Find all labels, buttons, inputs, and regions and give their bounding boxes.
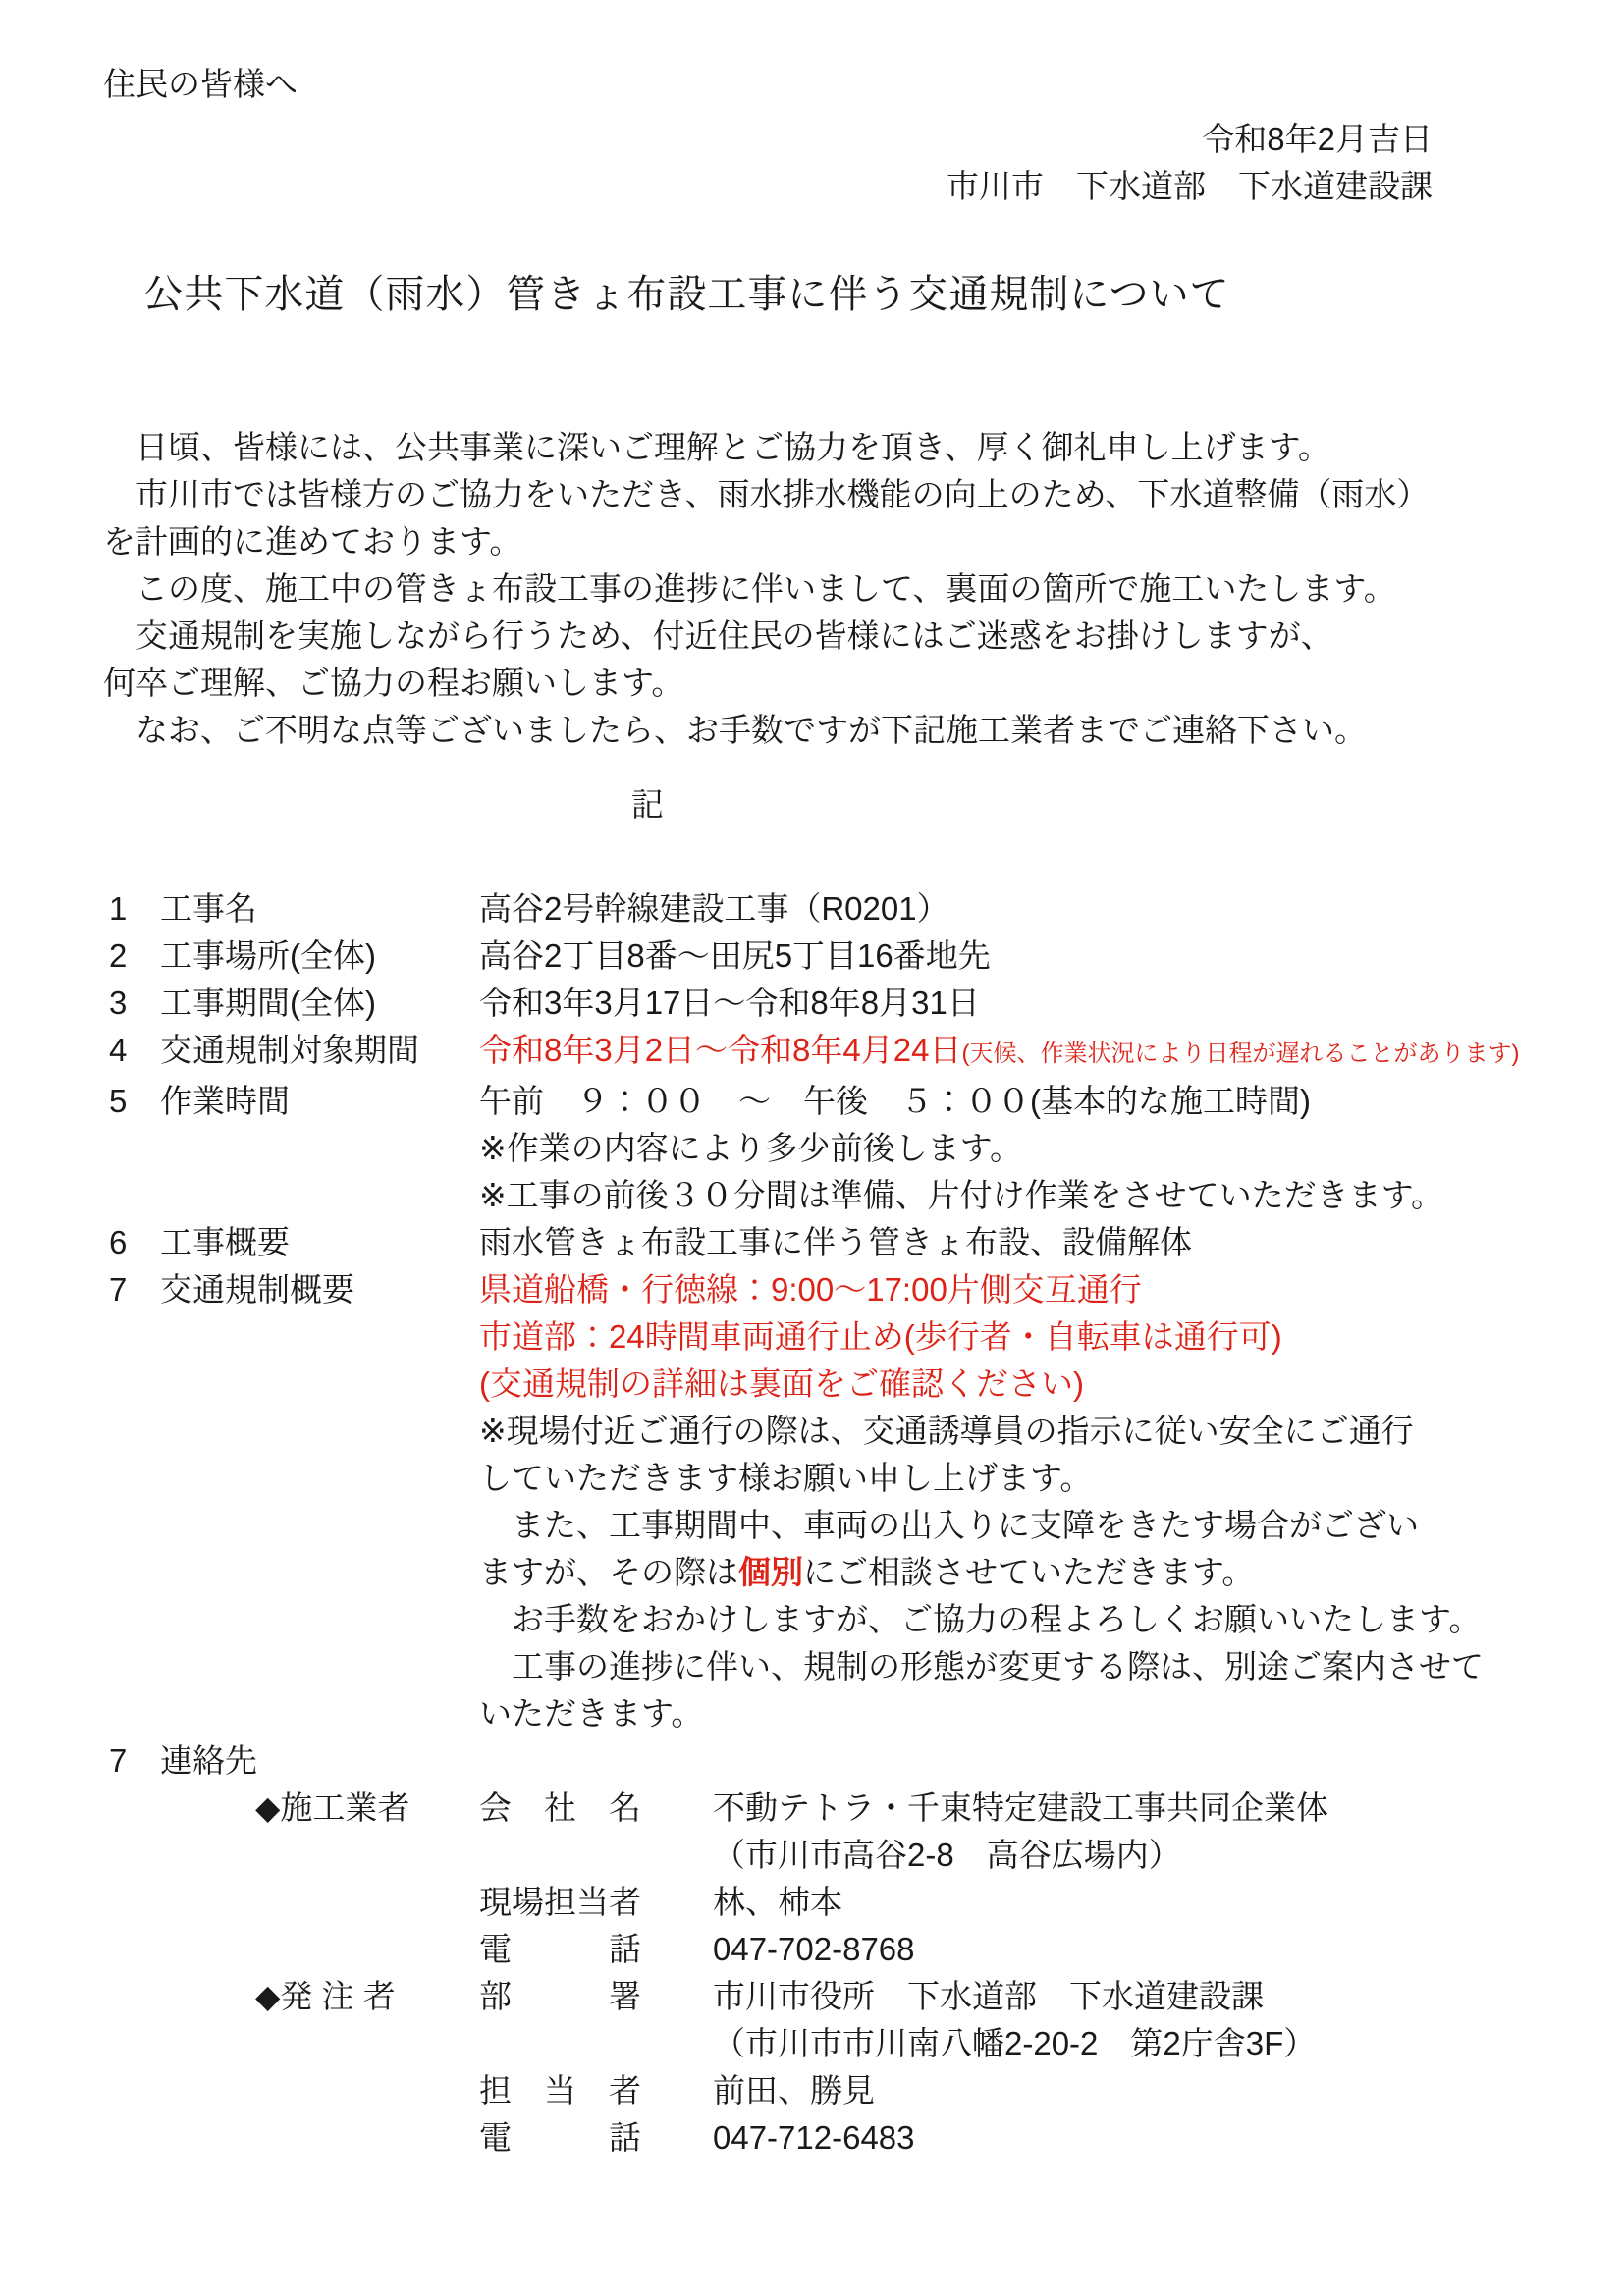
contact-field-label: 会 社 名 [479, 1785, 713, 1832]
contact-field-label: 電 話 [479, 1926, 713, 1973]
intro-line: この度、施工中の管きょ布設工事の進捗に伴いまして、裏面の箇所で施工いたします。 [103, 565, 1585, 613]
contact-row-company-address: （市川市高谷2-8 高谷広場内） [103, 1832, 1585, 1879]
intro-line: 何卒ご理解、ご協力の程お願いします。 [103, 660, 1585, 707]
contact-value: 市川市役所 下水道部 下水道建設課 [713, 1973, 1585, 2020]
contact-field-label: 現場担当者 [479, 1879, 713, 1926]
regulation-note-line: ※現場付近ご通行の際は、交通誘導員の指示に従い安全にご通行 [103, 1408, 1585, 1455]
item-number: 4 [103, 1027, 160, 1078]
contact-field-label [479, 1832, 713, 1879]
contact-value: 林、柿本 [713, 1879, 1585, 1926]
record-mark: 記 [103, 781, 1585, 828]
contact-role [255, 1879, 479, 1926]
intro-line: なお、ご不明な点等ございましたら、お手数ですが下記施工業者までご連絡下さい。 [103, 707, 1585, 754]
contact-role [255, 2114, 479, 2162]
list-item-contact: 7 連絡先 [103, 1737, 1585, 1785]
intro-line: 市川市では皆様方のご協力をいただき、雨水排水機能の向上のため、下水道整備（雨水） [103, 471, 1585, 518]
list-item-work-hours: 5 作業時間 午前 ９：００ ～ 午後 ５：００(基本的な施工時間) [103, 1078, 1585, 1125]
item-value: 雨水管きょ布設工事に伴う管きょ布設、設備解体 [479, 1219, 1585, 1266]
contact-row-orderer-phone: 電 話 047-712-6483 [103, 2114, 1585, 2162]
item-label: 交通規制対象期間 [160, 1027, 479, 1078]
regulation-note-line: また、工事期間中、車両の出入りに支障をきたす場合がござい [103, 1502, 1585, 1549]
item-label: 工事期間(全体) [160, 980, 479, 1027]
list-item-regulation-period: 4 交通規制対象期間 令和8年3月2日～令和8年4月24日(天候、作業状況により… [103, 1027, 1585, 1078]
contact-role [255, 2020, 479, 2067]
item-value: 令和3年3月17日～令和8年8月31日 [479, 980, 1585, 1027]
contact-role [255, 1832, 479, 1879]
regulation-red-line: 県道船橋・行徳線：9:00～17:00片側交互通行 [479, 1266, 1585, 1313]
contact-row-orderer-staff: 担 当 者 前田、勝見 [103, 2067, 1585, 2114]
list-item-construction-name: 1 工事名 高谷2号幹線建設工事（R0201） [103, 885, 1585, 933]
item-value: 高谷2号幹線建設工事（R0201） [479, 885, 1585, 933]
regulation-consult-line: ますが、その際は個別にご相談させていただきます。 [103, 1549, 1585, 1596]
item-label: 交通規制概要 [160, 1266, 479, 1313]
contact-role [255, 1926, 479, 1973]
list-item-regulation-outline: 7 交通規制概要 県道船橋・行徳線：9:00～17:00片側交互通行 [103, 1266, 1585, 1313]
contact-field-label: 担 当 者 [479, 2067, 713, 2114]
contact-row-orderer-address: （市川市市川南八幡2-20-2 第2庁舎3F） [103, 2020, 1585, 2067]
document-page: 住民の皆様へ 令和8年2月吉日 市川市 下水道部 下水道建設課 公共下水道（雨水… [0, 0, 1624, 2296]
contact-role: ◆発 注 者 [255, 1973, 479, 2020]
item-number: 7 [103, 1266, 160, 1313]
items-list: 1 工事名 高谷2号幹線建設工事（R0201） 2 工事場所(全体) 高谷2丁目… [103, 885, 1585, 2162]
regulation-red-line: (交通規制の詳細は裏面をご確認ください) [103, 1361, 1585, 1408]
consult-suffix: にご相談させていただきます。 [803, 1554, 1254, 1590]
item-label: 工事概要 [160, 1219, 479, 1266]
item-label: 工事場所(全体) [160, 933, 479, 980]
list-item-construction-site: 2 工事場所(全体) 高谷2丁目8番～田尻5丁目16番地先 [103, 933, 1585, 980]
contact-value: 047-702-8768 [713, 1926, 1585, 1973]
contact-row-contractor-phone: 電 話 047-702-8768 [103, 1926, 1585, 1973]
item-value: 令和8年3月2日～令和8年4月24日(天候、作業状況により日程が遅れることがあり… [479, 1027, 1585, 1078]
contact-field-label [479, 2020, 713, 2067]
regulation-period-note: (天候、作業状況により日程が遅れることがあります) [961, 1041, 1519, 1067]
item-value: 午前 ９：００ ～ 午後 ５：００(基本的な施工時間) [479, 1078, 1585, 1125]
contact-role [255, 2067, 479, 2114]
contact-field-label: 電 話 [479, 2114, 713, 2162]
regulation-note-line: していただきます様お願い申し上げます。 [103, 1455, 1585, 1502]
regulation-red-line: 市道部：24時間車両通行止め(歩行者・自転車は通行可) [103, 1313, 1585, 1361]
item-value: 高谷2丁目8番～田尻5丁目16番地先 [479, 933, 1585, 980]
contact-value: （市川市市川南八幡2-20-2 第2庁舎3F） [713, 2020, 1585, 2067]
regulation-note-line: 工事の進捗に伴い、規制の形態が変更する際は、別途ご案内させて [103, 1643, 1585, 1690]
item-number: 3 [103, 980, 160, 1027]
regulation-note-line: いただきます。 [103, 1690, 1585, 1737]
intro-line: 交通規制を実施しながら行うため、付近住民の皆様にはご迷惑をお掛けしますが、 [103, 613, 1585, 660]
issuing-department: 市川市 下水道部 下水道建設課 [103, 163, 1585, 210]
item-number: 6 [103, 1219, 160, 1266]
item-number: 1 [103, 885, 160, 933]
item-number: 5 [103, 1078, 160, 1125]
regulation-period-value: 令和8年3月2日～令和8年4月24日 [479, 1032, 961, 1068]
item-label: 工事名 [160, 885, 479, 933]
consult-highlight: 個別 [738, 1554, 803, 1590]
document-title: 公共下水道（雨水）管きょ布設工事に伴う交通規制について [103, 271, 1585, 318]
contact-role: ◆施工業者 [255, 1785, 479, 1832]
intro-line: を計画的に進めております。 [103, 518, 1585, 565]
list-item-construction-period: 3 工事期間(全体) 令和3年3月17日～令和8年8月31日 [103, 980, 1585, 1027]
regulation-note-line: お手数をおかけしますが、ご協力の程よろしくお願いいたします。 [103, 1596, 1585, 1643]
item-label: 連絡先 [160, 1737, 479, 1785]
contact-value: 前田、勝見 [713, 2067, 1585, 2114]
intro-line: 日頃、皆様には、公共事業に深いご理解とご協力を頂き、厚く御礼申し上げます。 [103, 424, 1585, 471]
issue-date: 令和8年2月吉日 [103, 116, 1585, 163]
contact-row-orderer-department: ◆発 注 者 部 署 市川市役所 下水道部 下水道建設課 [103, 1973, 1585, 2020]
contact-value: 不動テトラ・千東特定建設工事共同企業体 [713, 1785, 1585, 1832]
contact-row-company-name: ◆施工業者 会 社 名 不動テトラ・千東特定建設工事共同企業体 [103, 1785, 1585, 1832]
contact-row-site-manager: 現場担当者 林、柿本 [103, 1879, 1585, 1926]
item-number: 7 [103, 1737, 160, 1785]
contact-value: （市川市高谷2-8 高谷広場内） [713, 1832, 1585, 1879]
contact-value: 047-712-6483 [713, 2114, 1585, 2162]
work-hours-note: ※工事の前後３０分間は準備、片付け作業をさせていただきます。 [103, 1172, 1585, 1219]
contact-field-label: 部 署 [479, 1973, 713, 2020]
salutation: 住民の皆様へ [103, 61, 1585, 108]
item-number: 2 [103, 933, 160, 980]
list-item-construction-outline: 6 工事概要 雨水管きょ布設工事に伴う管きょ布設、設備解体 [103, 1219, 1585, 1266]
item-label: 作業時間 [160, 1078, 479, 1125]
work-hours-note: ※作業の内容により多少前後します。 [103, 1125, 1585, 1172]
consult-prefix: ますが、その際は [479, 1554, 738, 1590]
intro-paragraphs: 日頃、皆様には、公共事業に深いご理解とご協力を頂き、厚く御礼申し上げます。 市川… [103, 424, 1585, 754]
